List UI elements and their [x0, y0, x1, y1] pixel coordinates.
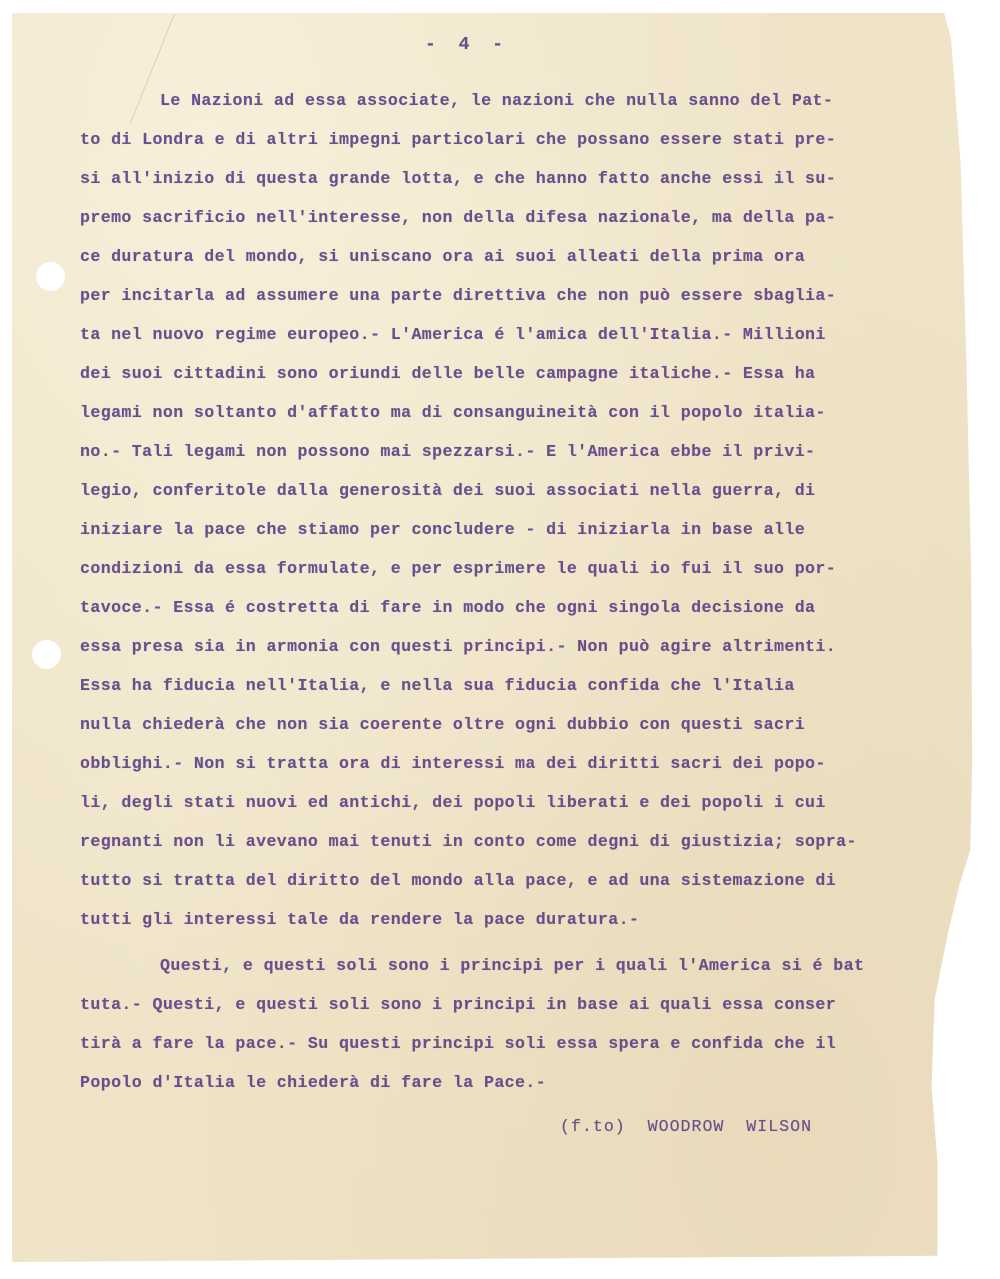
text-line: to di Londra e di altri impegni particol… — [80, 130, 836, 149]
text-line: dei suoi cittadini sono oriundi delle be… — [80, 364, 815, 383]
text-line: legio, conferitole dalla generosità dei … — [80, 481, 815, 500]
page-number: - 4 - — [425, 35, 503, 55]
text-line: ta nel nuovo regime europeo.- L'America … — [80, 325, 826, 344]
text-line: Essa ha fiducia nell'Italia, e nella sua… — [80, 676, 795, 695]
text-line: Le Nazioni ad essa associate, le nazioni… — [160, 91, 833, 110]
text-line: tirà a fare la pace.- Su questi principi… — [80, 1034, 836, 1053]
text-line: regnanti non li avevano mai tenuti in co… — [80, 832, 857, 851]
text-line: iniziare la pace che stiamo per conclude… — [80, 520, 805, 539]
text-line: premo sacrificio nell'interesse, non del… — [80, 208, 836, 227]
text-line: legami non soltanto d'affatto ma di cons… — [80, 403, 826, 422]
punch-hole-bottom — [32, 640, 61, 669]
text-line: Popolo d'Italia le chiederà di fare la P… — [80, 1073, 546, 1092]
text-line: per incitarla ad assumere una parte dire… — [80, 286, 836, 305]
text-line: Questi, e questi soli sono i principi pe… — [160, 956, 864, 975]
text-line: tavoce.- Essa é costretta di fare in mod… — [80, 598, 815, 617]
text-line: tutto si tratta del diritto del mondo al… — [80, 871, 836, 890]
text-line: si all'inizio di questa grande lotta, e … — [80, 169, 836, 188]
punch-hole-top — [36, 262, 65, 291]
text-line: tuta.- Questi, e questi soli sono i prin… — [80, 995, 836, 1014]
text-line: ce duratura del mondo, si uniscano ora a… — [80, 247, 805, 266]
text-line: condizioni da essa formulate, e per espr… — [80, 559, 836, 578]
text-line: obblighi.- Non si tratta ora di interess… — [80, 754, 826, 773]
signature: (f.to) WOODROW WILSON — [560, 1117, 812, 1136]
text-line: tutti gli interessi tale da rendere la p… — [80, 910, 639, 929]
text-line: li, degli stati nuovi ed antichi, dei po… — [80, 793, 826, 812]
text-line: nulla chiederà che non sia coerente oltr… — [80, 715, 805, 734]
text-line: no.- Tali legami non possono mai spezzar… — [80, 442, 815, 461]
text-line: essa presa sia in armonia con questi pri… — [80, 637, 836, 656]
